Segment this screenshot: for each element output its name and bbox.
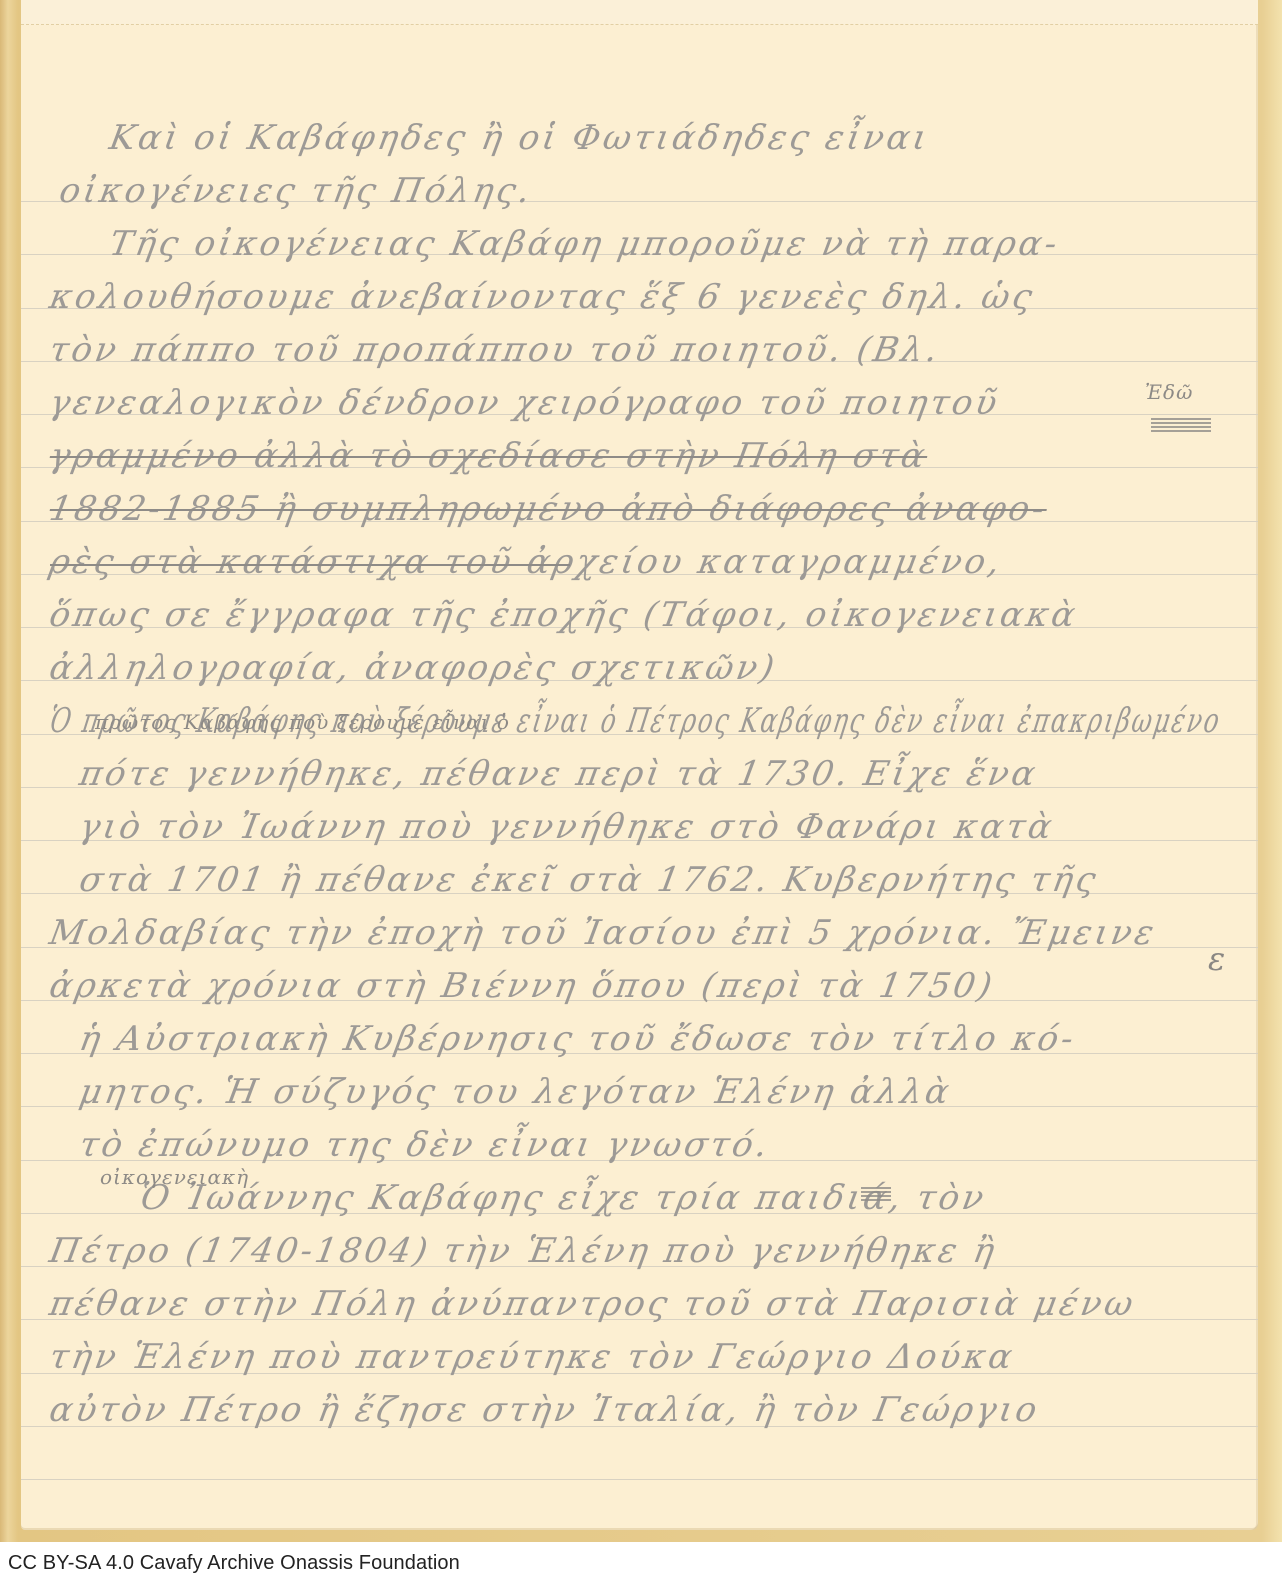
copyright-credit: CC BY-SA 4.0 Cavafy Archive Onassis Foun…	[8, 1552, 460, 1575]
manuscript-line: γενεαλογικὸν δένδρον χειρόγραφο τοῦ ποιη…	[46, 383, 1002, 423]
manuscript-line: ἀλληλογραφία, ἀναφορὲς σχετικῶν)	[46, 648, 780, 688]
manuscript-line: κολουθήσουμε ἀνεβαίνοντας ἕξ 6 γενεὲς δη…	[46, 277, 1038, 317]
interlinear-insertion: Ἐδῶ	[1145, 380, 1193, 404]
manuscript-line: 1882-1885 ἢ συμπληρωμένο ἀπὸ διάφορες ἀν…	[46, 489, 1050, 529]
manuscript-line: Πέτρο (1740-1804) τὴν Ἑλένη ποὺ γεννήθηκ…	[46, 1231, 1000, 1271]
manuscript-line: τὸ ἐπώνυμο της δὲν εἶναι γνωστό.	[76, 1125, 773, 1165]
manuscript-line: στὰ 1701 ἢ πέθανε ἐκεῖ στὰ 1762. Κυβερνή…	[76, 860, 1101, 900]
manuscript-line: αὐτὸν Πέτρο ἢ ἔζησε στὴν Ἰταλία, ἢ τὸν Γ…	[46, 1390, 1042, 1430]
manuscript-line: Μολδαβίας τὴν ἐποχὴ τοῦ Ἰασίου ἐπὶ 5 χρό…	[46, 913, 1159, 953]
manuscript-line: γραμμένο ἀλλὰ τὸ σχεδίασε στὴν Πόλη στὰ	[46, 436, 930, 476]
manuscript-line: Τῆς οἰκογένειας Καβάφη μποροῦμε νὰ τὴ πα…	[106, 224, 1062, 264]
manuscript-line: ὅπως σε ἔγγραφα τῆς ἐποχῆς (Τάφοι, οἰκογ…	[46, 595, 1081, 635]
manuscript-line: μητος. Ἡ σύζυγός του λεγόταν Ἑλένη ἀλλὰ	[76, 1072, 954, 1112]
manuscript-line: οἰκογένειες τῆς Πόλης.	[56, 171, 535, 211]
manuscript-line: γιὸ τὸν Ἰωάννη ποὺ γεννήθηκε στὸ Φανάρι …	[76, 807, 1057, 847]
manuscript-line: τὸν πάππο τοῦ προπάππου τοῦ ποιητοῦ. (Βλ…	[46, 330, 943, 370]
margin-mark: ε	[1208, 940, 1225, 978]
ruled-line	[21, 1479, 1258, 1480]
manuscript-line: πέθανε στὴν Πόλη ἀνύπαντρος τοῦ στὰ Παρι…	[46, 1284, 1138, 1324]
manuscript-line: Καὶ οἱ Καβάφηδες ἢ οἱ Φωτιάδηδες εἶναι	[106, 118, 932, 158]
manuscript-line: πότε γεννήθηκε, πέθανε περὶ τὰ 1730. Εἶχ…	[76, 754, 1041, 794]
manuscript-page: Καὶ οἱ Καβάφηδες ἢ οἱ Φωτιάδηδες εἶναιοἰ…	[21, 0, 1258, 1530]
interlinear-insertion: οἰκογενειακὴ	[100, 1165, 249, 1189]
manuscript-line: ἀρκετὰ χρόνια στὴ Βιέννη ὅπου (περὶ τὰ 1…	[46, 966, 997, 1006]
manuscript-line: ἡ Αὐστριακὴ Κυβέρνησις τοῦ ἔδωσε τὸν τίτ…	[76, 1019, 1079, 1059]
interlinear-insertion: πρῶτος Καβάφης ποὺ ξέρουμε εἶναι ὁ	[95, 710, 510, 734]
strikethrough-line	[50, 564, 570, 566]
scribble-mark	[861, 1187, 891, 1201]
torn-top-edge	[21, 0, 1258, 25]
manuscript-line: τὴν Ἑλένη ποὺ παντρεύτηκε τὸν Γεώργιο Δο…	[46, 1337, 1018, 1377]
manuscript-line: ρὲς στὰ κατάστιχα τοῦ ἀρχείου καταγραμμέ…	[46, 542, 1005, 582]
scribble-mark	[1151, 418, 1211, 432]
